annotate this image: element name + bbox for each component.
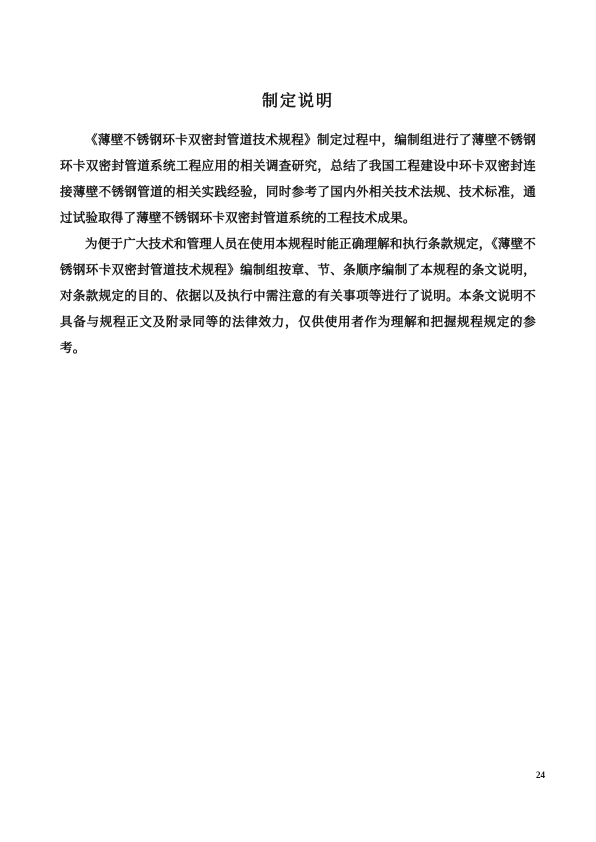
page-title: 制定说明 xyxy=(60,88,536,111)
page-content: 制定说明 《薄壁不锈钢环卡双密封管道技术规程》制定过程中，编制组进行了薄壁不锈钢… xyxy=(60,88,536,361)
page-number: 24 xyxy=(536,770,545,780)
document-page: 制定说明 《薄壁不锈钢环卡双密封管道技术规程》制定过程中，编制组进行了薄壁不锈钢… xyxy=(0,0,596,842)
paragraph-1: 《薄壁不锈钢环卡双密封管道技术规程》制定过程中，编制组进行了薄壁不锈钢环卡双密封… xyxy=(60,127,536,231)
paragraph-2: 为便于广大技术和管理人员在使用本规程时能正确理解和执行条款规定，《薄壁不锈钢环卡… xyxy=(60,231,536,361)
